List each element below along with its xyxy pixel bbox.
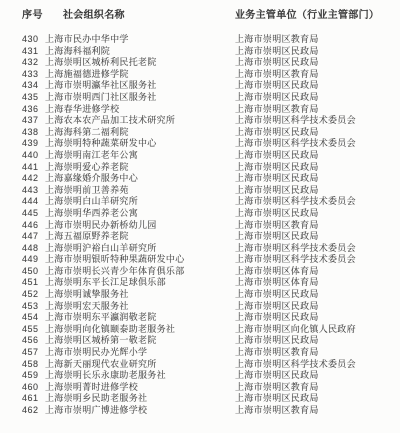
serial-number-cell: 458 xyxy=(22,359,45,369)
serial-number-cell: 439 xyxy=(22,138,45,148)
serial-number-cell: 437 xyxy=(22,115,45,125)
serial-number-cell: 451 xyxy=(22,277,45,287)
table-header-row: 序号 社会组织名称 业务主管单位（行业主管部门） xyxy=(22,6,392,20)
table-row: 437 上海农本农产品加工技术研究所 上海市崇明区科学技术委员会 xyxy=(22,113,392,125)
serial-number-cell: 444 xyxy=(22,196,45,206)
serial-number-cell: 434 xyxy=(22,80,45,90)
serial-number-cell: 436 xyxy=(22,104,45,114)
serial-number-cell: 445 xyxy=(22,208,45,218)
serial-number-cell: 460 xyxy=(22,382,45,392)
serial-number-cell: 455 xyxy=(22,324,45,334)
table-row: 436 上海春华进修学校 上海市崇明区教育局 xyxy=(22,102,392,114)
serial-number-cell: 440 xyxy=(22,150,45,160)
table-row: 435 上海市崇明西门社区服务社 上海市崇明区民政局 xyxy=(22,90,392,102)
serial-number-cell: 435 xyxy=(22,92,45,102)
serial-number-cell: 461 xyxy=(22,393,45,403)
table-row: 454 上海市崇明东平瀛润敬老院 上海市崇明区民政局 xyxy=(22,310,392,322)
serial-number-cell: 431 xyxy=(22,46,45,56)
table-row: 439 上海崇明特种蔬菜研发中心 上海市崇明区科学技术委员会 xyxy=(22,136,392,148)
table-row: 441 上海崇明爱心养老院 上海市崇明区民政局 xyxy=(22,160,392,172)
serial-number-cell: 456 xyxy=(22,335,45,345)
table-row: 434 上海市崇明瀛华社区服务社 上海市崇明区民政局 xyxy=(22,78,392,90)
supervisory-unit-cell: 上海市崇明区教育局 xyxy=(235,403,392,416)
table-row: 440 上海崇明南江老年公寓 上海市崇明区民政局 xyxy=(22,148,392,160)
table-row: 444 上海崇明白山羊研究所 上海市崇明区科学技术委员会 xyxy=(22,194,392,206)
table-row: 431 上海海科福利院 上海市崇明区民政局 xyxy=(22,44,392,56)
serial-number-cell: 443 xyxy=(22,185,45,195)
serial-number-cell: 452 xyxy=(22,289,45,299)
table-row: 446 上海市崇明民办新桥幼儿园 上海市崇明区教育局 xyxy=(22,218,392,230)
table-row: 456 上海崇明区城桥第一敬老院 上海市崇明区民政局 xyxy=(22,333,392,345)
table-row: 438 上海海科第二福利院 上海市崇明区民政局 xyxy=(22,125,392,137)
table-row: 458 上海新天丽现代农业研究所 上海市崇明区科学技术委员会 xyxy=(22,357,392,369)
header-supervisory-unit: 业务主管单位（行业主管部门） xyxy=(235,6,392,21)
table-row: 442 上海嘉缘婚介服务中心 上海市崇明区民政局 xyxy=(22,171,392,183)
table-row: 443 上海崇明前卫善养苑 上海市崇明区民政局 xyxy=(22,183,392,195)
serial-number-cell: 459 xyxy=(22,370,45,380)
org-table-body: 430 上海市民办中华中学 上海市崇明区教育局 431 上海海科福利院 上海市崇… xyxy=(22,32,392,415)
serial-number-cell: 433 xyxy=(22,69,45,79)
table-row: 445 上海崇明华西养老公寓 上海市崇明区民政局 xyxy=(22,206,392,218)
serial-number-cell: 446 xyxy=(22,220,45,230)
org-table: 序号 社会组织名称 业务主管单位（行业主管部门） 430 上海市民办中华中学 上… xyxy=(22,6,392,415)
serial-number-cell: 457 xyxy=(22,347,45,357)
serial-number-cell: 430 xyxy=(22,34,45,44)
header-organization-name: 社会组织名称 xyxy=(45,6,235,21)
serial-number-cell: 449 xyxy=(22,254,45,264)
organization-name-cell: 上海市崇明广博进修学校 xyxy=(45,403,235,416)
serial-number-cell: 454 xyxy=(22,312,45,322)
table-row: 449 上海市崇明银昕特种果蔬研发中心 上海市崇明区科学技术委员会 xyxy=(22,252,392,264)
table-row: 430 上海市民办中华中学 上海市崇明区教育局 xyxy=(22,32,392,44)
table-row: 448 上海崇明沪裕白山羊研究所 上海市崇明区科学技术委员会 xyxy=(22,241,392,253)
table-row: 433 上海施福德进修学院 上海市崇明区教育局 xyxy=(22,67,392,79)
table-row: 447 上海五福原野养老院 上海市崇明区民政局 xyxy=(22,229,392,241)
serial-number-cell: 441 xyxy=(22,162,45,172)
serial-number-cell: 462 xyxy=(22,405,45,415)
table-row: 457 上海市崇明民办光辉小学 上海市崇明区教育局 xyxy=(22,345,392,357)
table-row: 455 上海崇明向化镇颐泰助老服务社 上海市崇明区向化镇人民政府 xyxy=(22,322,392,334)
header-serial-number: 序号 xyxy=(22,6,45,21)
table-row: 460 上海崇明菁时进修学校 上海市崇明区教育局 xyxy=(22,380,392,392)
table-row: 452 上海崇明诚挚服务社 上海市崇明区民政局 xyxy=(22,287,392,299)
serial-number-cell: 447 xyxy=(22,231,45,241)
serial-number-cell: 438 xyxy=(22,127,45,137)
serial-number-cell: 453 xyxy=(22,301,45,311)
table-row: 459 上海崇明长乐永康助老服务社 上海市崇明区民政局 xyxy=(22,368,392,380)
table-row: 453 上海崇明宏天服务社 上海市崇明区民政局 xyxy=(22,299,392,311)
document-page: 序号 社会组织名称 业务主管单位（行业主管部门） 430 上海市民办中华中学 上… xyxy=(0,0,400,433)
table-row: 451 上海崇明东平长江足球俱乐部 上海市崇明区体育局 xyxy=(22,275,392,287)
table-row: 450 上海市崇明长兴青少年体育俱乐部 上海市崇明区体育局 xyxy=(22,264,392,276)
table-row: 461 上海崇明乡民助老服务社 上海市崇明区民政局 xyxy=(22,391,392,403)
table-row: 462 上海市崇明广博进修学校 上海市崇明区教育局 xyxy=(22,403,392,415)
serial-number-cell: 448 xyxy=(22,243,45,253)
serial-number-cell: 442 xyxy=(22,173,45,183)
serial-number-cell: 432 xyxy=(22,57,45,67)
table-row: 432 上海崇明区城桥利民托老院 上海市崇明区民政局 xyxy=(22,55,392,67)
serial-number-cell: 450 xyxy=(22,266,45,276)
